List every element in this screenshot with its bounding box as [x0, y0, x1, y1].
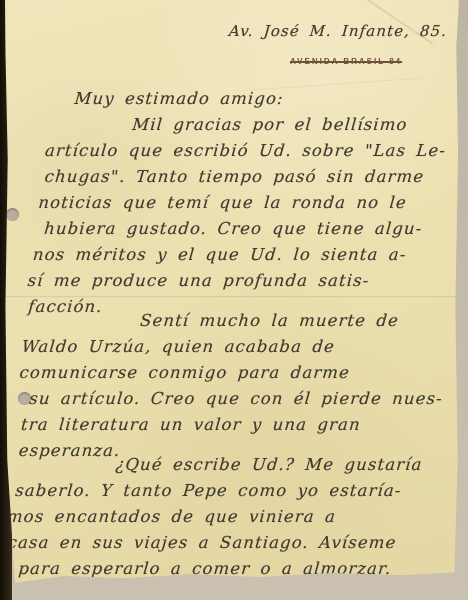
letter-line: tra literatura un valor y una gran: [20, 412, 450, 438]
letter-line: chugas". Tanto tiempo pasó sin darme: [44, 164, 468, 190]
letter-line: Mil gracias por el bellísimo: [131, 112, 468, 138]
letter-line: casa en sus viajes a Santiago. Avíseme: [7, 530, 440, 556]
letter-line: hubiera gustado. Creo que tiene algu-: [43, 216, 467, 242]
letter-line: sí me produce una profunda satis-: [26, 268, 462, 294]
letter-line: nos méritos y el que Ud. lo sienta a-: [32, 242, 465, 268]
letter-line: para esperarlo a comer o a almorzar.: [17, 556, 437, 582]
printed-letterhead-struck-through: AVENIDA BRASIL 84: [290, 57, 402, 66]
letter-line: noticias que temí que la ronda no le: [37, 190, 468, 216]
letter-line: ¿Qué escribe Ud.? Me gustaría: [114, 452, 446, 478]
letter-line: Sentí mucho la muerte de: [139, 308, 459, 334]
letter-line: comunicarse conmigo para darme: [18, 360, 454, 386]
letter-line: artículo que escribió Ud. sobre "Las Le-: [44, 138, 468, 164]
scanned-letter: Av. José M. Infante, 85. AVENIDA BRASIL …: [0, 0, 468, 600]
letter-paper: Av. José M. Infante, 85. AVENIDA BRASIL …: [5, 0, 459, 590]
letter-line: Waldo Urzúa, quien acababa de: [21, 334, 457, 360]
letter-line: su artículo. Creo que con él pierde nues…: [28, 386, 452, 412]
letter-body: Muy estimado amigo: Mil gracias por el b…: [0, 86, 468, 582]
letter-line: mos encantados de que viniera a: [6, 504, 442, 530]
letter-line: saberlo. Y tanto Pepe como yo estaría-: [14, 478, 444, 504]
handwritten-address: Av. José M. Infante, 85.: [228, 22, 448, 40]
letter-salutation: Muy estimado amigo:: [73, 86, 468, 112]
